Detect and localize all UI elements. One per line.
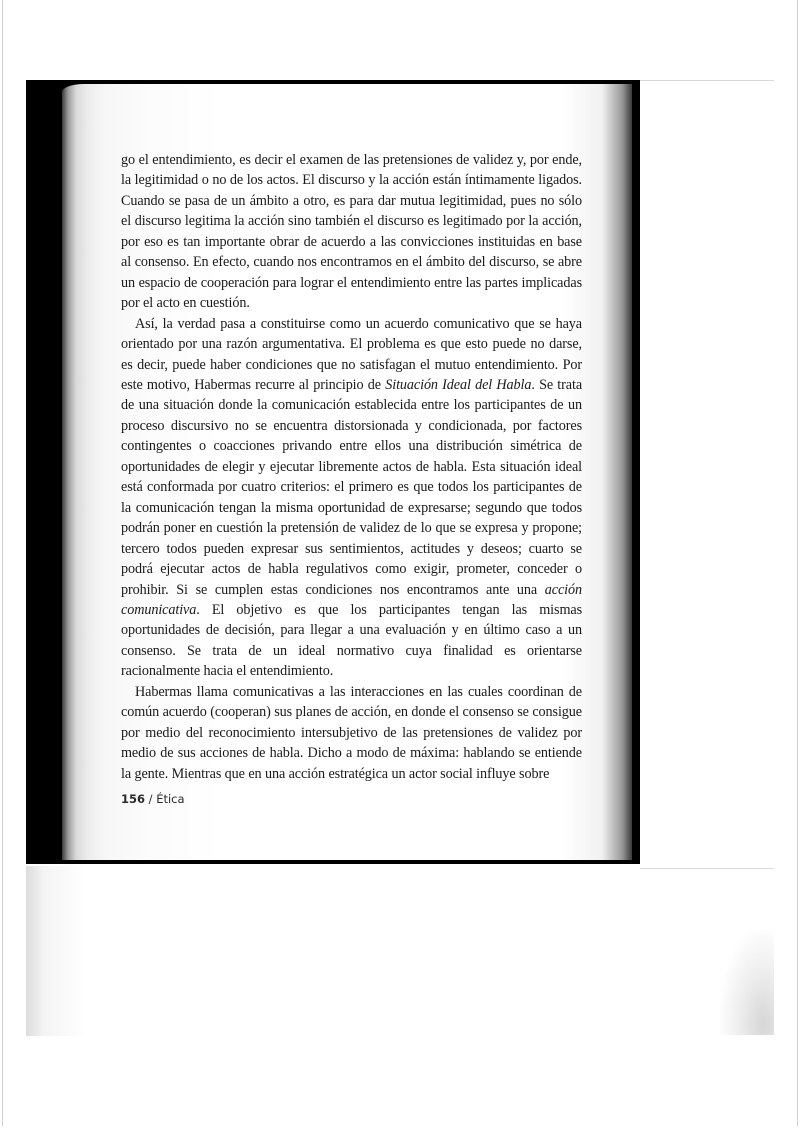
scan-edge-line-top (640, 80, 774, 81)
paragraph-1: go el entendimiento, es decir el examen … (121, 150, 582, 314)
page-footer-folio: 156 / Ética (121, 792, 185, 806)
paragraph-3: Habermas llama comunicativas a las inter… (121, 682, 582, 784)
term-situacion-ideal-del-habla: Situación Ideal del Habla (385, 377, 531, 393)
page-body-text: go el entendimiento, es decir el examen … (121, 150, 582, 784)
scan-smudge (720, 930, 774, 1035)
running-title: Ética (156, 792, 184, 806)
paragraph-2: Así, la verdad pasa a constituirse como … (121, 314, 582, 682)
scan-facing-page-shadow (26, 866, 276, 1036)
page-number: 156 (121, 792, 145, 806)
paragraph-2-part-2: . Se trata de una situación donde la com… (121, 377, 582, 598)
scan-edge-line-bottom (640, 868, 774, 869)
folio-separator: / (145, 792, 156, 806)
